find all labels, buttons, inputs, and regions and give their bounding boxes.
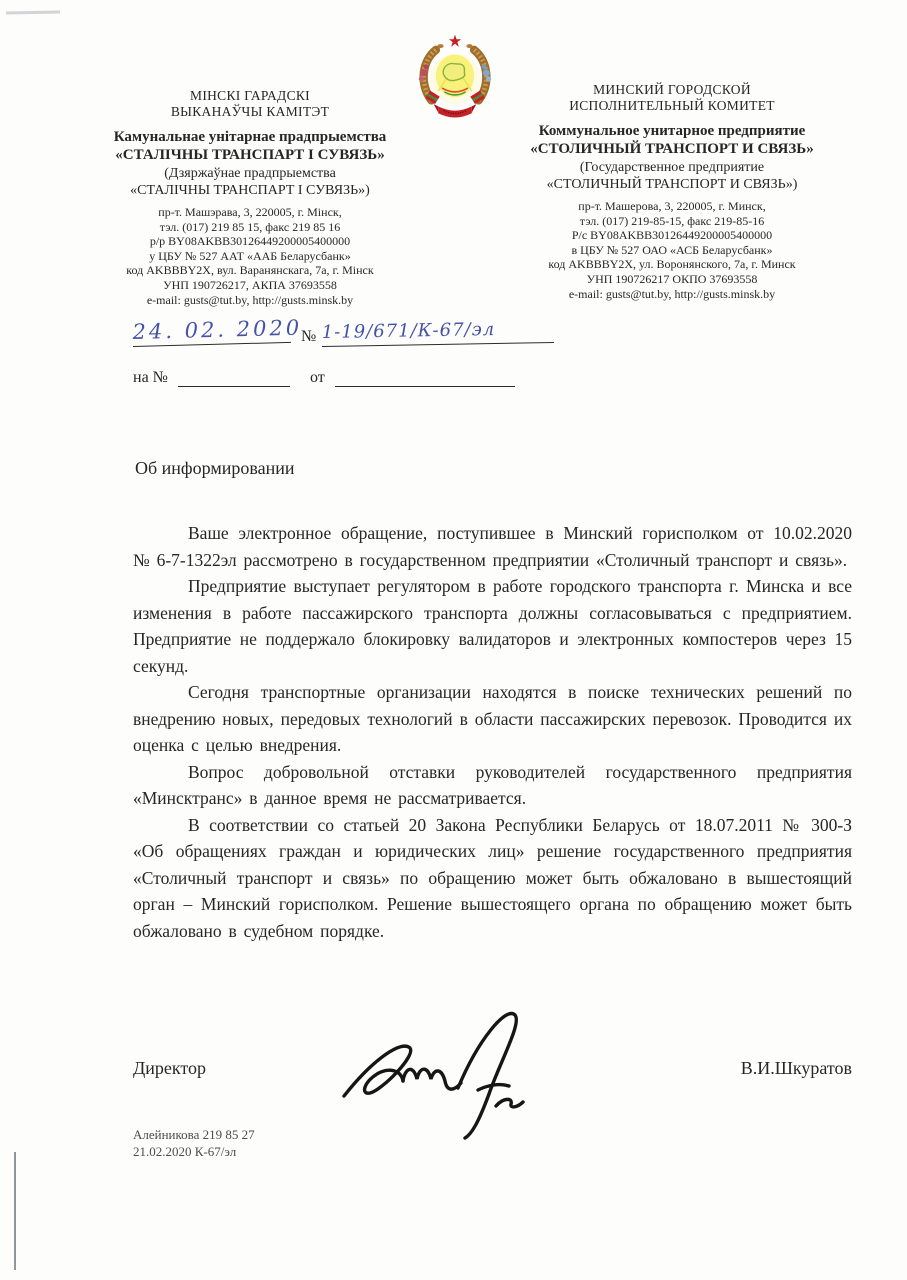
address-line: тэл. (017) 219 85 15, факс 219 85 16 — [98, 220, 402, 235]
reference-block: 24. 02. 2020 № 1-19/671/К-67/эл на № от — [133, 320, 603, 387]
address-line: код AKBBBY2X, вул. Варанянскага, 7а, г. … — [98, 263, 402, 278]
signoff-position: Директор — [133, 1058, 206, 1079]
scan-artifact-edge — [14, 1152, 16, 1270]
handwritten-number: 1-19/671/К-67/эл — [322, 318, 554, 347]
company-line: Коммунальное унитарное предприятие — [518, 122, 826, 140]
coat-of-arms-belarus-icon — [413, 25, 497, 129]
company-alt-line: «СТОЛИЧНЫЙ ТРАНСПОРТ И СВЯЗЬ») — [518, 176, 826, 193]
address-block-ru: пр-т. Машерова, 3, 220005, г. Минск, тэл… — [518, 199, 826, 301]
incoming-ref-row: на № от — [133, 369, 603, 387]
scanned-letter-page: МІНСКІ ГАРАДСКІ ВЫКАНАЎЧЫ КАМІТЭТ Камуна… — [0, 0, 907, 1280]
handwritten-date: 24. 02. 2020 — [132, 316, 291, 347]
committee-name-be: МІНСКІ ГАРАДСКІ ВЫКАНАЎЧЫ КАМІТЭТ — [98, 88, 402, 120]
address-line: тэл. (017) 219-85-15, факс 219-85-16 — [518, 214, 826, 229]
address-line: пр-т. Машэрава, 3, 220005, г. Мінск, — [98, 205, 402, 220]
executor-footer: Алейникова 219 85 27 21.02.2020 К-67/эл — [133, 1126, 255, 1160]
committee-line: МІНСКІ ГАРАДСКІ — [98, 88, 402, 104]
address-line: УНП 190726217 ОКПО 37693558 — [518, 272, 826, 287]
company-alt-line: (Дзяржаўнае прадпрыемства — [98, 165, 402, 182]
paragraph: Ваше электронное обращение, поступившее … — [133, 520, 852, 573]
paragraph: В соответствии со статьей 20 Закона Респ… — [133, 812, 852, 945]
signoff-name: В.И.Шкуратов — [741, 1058, 852, 1079]
company-line: «СТАЛІЧНЫ ТРАНСПАРТ І СУВЯЗЬ» — [98, 146, 402, 164]
address-line: в ЦБУ № 527 ОАО «АСБ Беларусбанк» — [518, 243, 826, 258]
letterhead-left: МІНСКІ ГАРАДСКІ ВЫКАНАЎЧЫ КАМІТЭТ Камуна… — [98, 88, 402, 307]
committee-name-ru: МИНСКИЙ ГОРОДСКОЙ ИСПОЛНИТЕЛЬНЫЙ КОМИТЕТ — [518, 82, 826, 114]
company-alt-ru: (Государственное предприятие «СТОЛИЧНЫЙ … — [518, 159, 826, 193]
company-alt-line: (Государственное предприятие — [518, 159, 826, 176]
paragraph: Вопрос добровольной отставки руководител… — [133, 759, 852, 812]
address-block-be: пр-т. Машэрава, 3, 220005, г. Мінск, тэл… — [98, 205, 402, 307]
letter-body: Ваше электронное обращение, поступившее … — [133, 520, 852, 944]
address-line: Р/с BY08AKBB30126449200005400000 — [518, 228, 826, 243]
executor-contact: Алейникова 219 85 27 — [133, 1126, 255, 1143]
committee-line: ВЫКАНАЎЧЫ КАМІТЭТ — [98, 104, 402, 120]
paragraph: Предприятие выступает регулятором в рабо… — [133, 573, 852, 679]
committee-line: МИНСКИЙ ГОРОДСКОЙ — [518, 82, 826, 98]
company-alt-be: (Дзяржаўнае прадпрыемства «СТАЛІЧНЫ ТРАН… — [98, 165, 402, 199]
number-sign: № — [301, 328, 316, 346]
signoff-row: Директор В.И.Шкуратов — [133, 1058, 852, 1079]
paragraph: Сегодня транспортные организации находят… — [133, 679, 852, 759]
address-line: код AKBBBY2X, ул. Воронянского, 7а, г. М… — [518, 257, 826, 272]
reply-to-blank-line — [178, 369, 290, 387]
letterhead-right: МИНСКИЙ ГОРОДСКОЙ ИСПОЛНИТЕЛЬНЫЙ КОМИТЕТ… — [518, 82, 826, 301]
committee-line: ИСПОЛНИТЕЛЬНЫЙ КОМИТЕТ — [518, 98, 826, 114]
from-blank-line — [335, 369, 515, 387]
address-line: e-mail: gusts@tut.by, http://gusts.minsk… — [98, 293, 402, 308]
company-alt-line: «СТАЛІЧНЫ ТРАНСПАРТ І СУВЯЗЬ») — [98, 182, 402, 199]
subject-line: Об информировании — [135, 458, 295, 479]
address-line: e-mail: gusts@tut.by, http://gusts.minsk… — [518, 287, 826, 302]
address-line: пр-т. Машерова, 3, 220005, г. Минск, — [518, 199, 826, 214]
address-line: у ЦБУ № 527 ААТ «ААБ Беларусбанк» — [98, 249, 402, 264]
scan-artifact-line — [6, 11, 60, 15]
company-line: Камунальнае унітарнае прадпрыемства — [98, 128, 402, 146]
company-line: «СТОЛИЧНЫЙ ТРАНСПОРТ И СВЯЗЬ» — [518, 140, 826, 158]
company-name-ru: Коммунальное унитарное предприятие «СТОЛ… — [518, 122, 826, 158]
executor-ref: 21.02.2020 К-67/эл — [133, 1143, 255, 1160]
reply-to-label: на № — [133, 369, 168, 387]
company-name-be: Камунальнае унітарнае прадпрыемства «СТА… — [98, 128, 402, 164]
outgoing-ref-row: 24. 02. 2020 № 1-19/671/К-67/эл — [133, 320, 603, 347]
address-line: р/р BY08AKBB30126449200005400000 — [98, 234, 402, 249]
from-label: от — [310, 369, 325, 387]
address-line: УНП 190726217, АКПА 37693558 — [98, 278, 402, 293]
